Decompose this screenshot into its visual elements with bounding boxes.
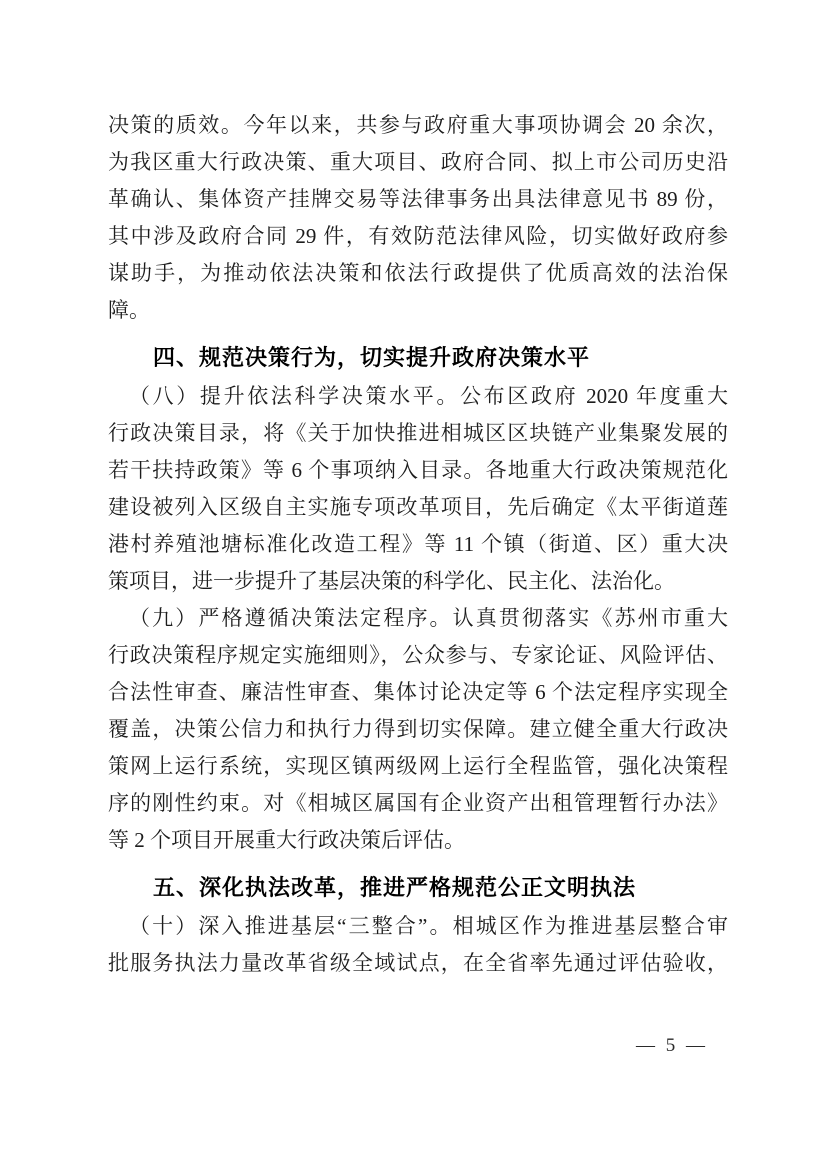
text-line: （九）严格遵循决策法定程序。认真贯彻落实《苏州市重大 — [108, 600, 728, 637]
text-line: 若干扶持政策》等 6 个事项纳入目录。各地重大行政决策规范化 — [108, 452, 728, 489]
paragraph-item-9: （九）严格遵循决策法定程序。认真贯彻落实《苏州市重大 行政决策程序规定实施细则》… — [108, 600, 728, 859]
text-line: 批服务执法力量改革省级全域试点，在全省率先通过评估验收， — [108, 945, 728, 982]
text-line: 革确认、集体资产挂牌交易等法律事务出具法律意见书 89 份， — [108, 181, 728, 218]
text-line: 行政决策目录，将《关于加快推进相城区区块链产业集聚发展的 — [108, 415, 728, 452]
text-line: 等 2 个项目开展重大行政决策后评估。 — [108, 822, 728, 859]
text-line: 合法性审查、廉洁性审查、集体讨论决定等 6 个法定程序实现全 — [108, 674, 728, 711]
page-body: 决策的质效。今年以来，共参与政府重大事项协调会 20 余次， 为我区重大行政决策… — [108, 107, 728, 982]
paragraph-item-10: （十）深入推进基层“三整合”。相城区作为推进基层整合审 批服务执法力量改革省级全… — [108, 908, 728, 982]
paragraph-continuation: 决策的质效。今年以来，共参与政府重大事项协调会 20 余次， 为我区重大行政决策… — [108, 107, 728, 329]
text-line: 序的刚性约束。对《相城区属国有企业资产出租管理暂行办法》 — [108, 785, 728, 822]
text-line: 障。 — [108, 292, 728, 329]
text-line: 覆盖，决策公信力和执行力得到切实保障。建立健全重大行政决 — [108, 711, 728, 748]
text-line: 策项目，进一步提升了基层决策的科学化、民主化、法治化。 — [108, 563, 728, 600]
text-line: 行政决策程序规定实施细则》，公众参与、专家论证、风险评估、 — [108, 637, 728, 674]
text-line: 谋助手，为推动依法决策和依法行政提供了优质高效的法治保 — [108, 255, 728, 292]
text-line: （十）深入推进基层“三整合”。相城区作为推进基层整合审 — [108, 908, 728, 945]
document-page: 决策的质效。今年以来，共参与政府重大事项协调会 20 余次， 为我区重大行政决策… — [0, 0, 828, 1171]
section-heading-4: 四、规范决策行为，切实提升政府决策水平 — [108, 339, 728, 376]
text-line: 港村养殖池塘标准化改造工程》等 11 个镇（街道、区）重大决 — [108, 526, 728, 563]
text-line: 其中涉及政府合同 29 件，有效防范法律风险，切实做好政府参 — [108, 218, 728, 255]
text-line: 决策的质效。今年以来，共参与政府重大事项协调会 20 余次， — [108, 107, 728, 144]
page-number: — 5 — — [636, 1034, 708, 1058]
paragraph-item-8: （八）提升依法科学决策水平。公布区政府 2020 年度重大 行政决策目录，将《关… — [108, 378, 728, 600]
text-line: （八）提升依法科学决策水平。公布区政府 2020 年度重大 — [108, 378, 728, 415]
section-heading-5: 五、深化执法改革，推进严格规范公正文明执法 — [108, 869, 728, 906]
text-line: 建设被列入区级自主实施专项改革项目，先后确定《太平街道莲 — [108, 489, 728, 526]
text-line: 为我区重大行政决策、重大项目、政府合同、拟上市公司历史沿 — [108, 144, 728, 181]
text-line: 策网上运行系统，实现区镇两级网上运行全程监管，强化决策程 — [108, 748, 728, 785]
